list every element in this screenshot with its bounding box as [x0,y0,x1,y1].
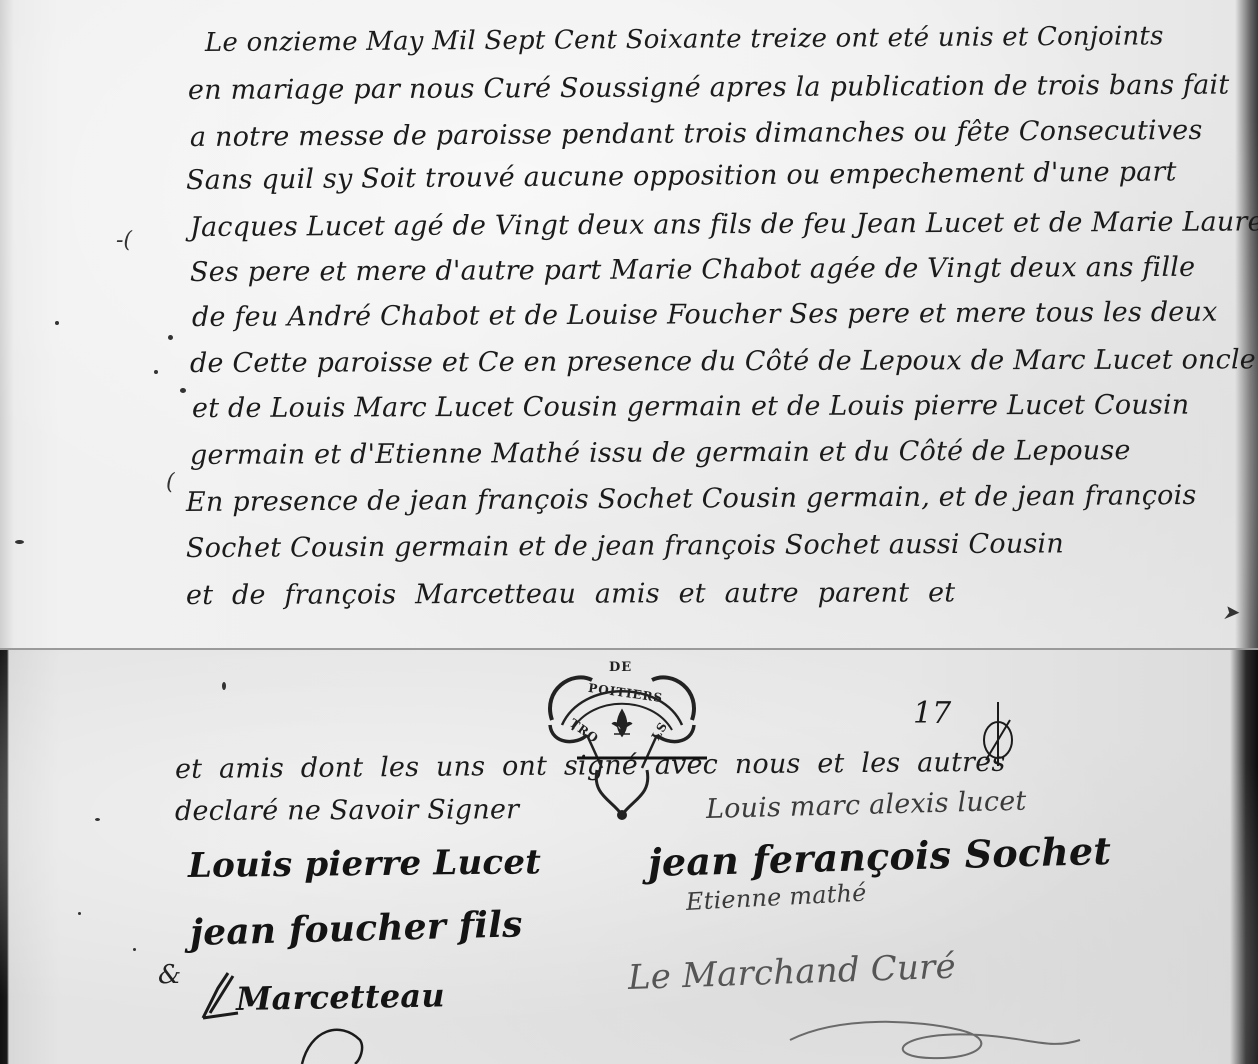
signature-louis-pierre-lucet: Louis pierre Lucet [188,842,541,886]
ink-speck [55,321,59,325]
loop-mark [300,1020,380,1064]
text-line-8: de Cette paroisse et Ce en presence du C… [190,344,1256,379]
folio-paraph [978,700,1018,770]
text-line-2: en mariage par nous Curé Soussigné apres… [188,70,1230,106]
text-line-10: germain et d'Etienne Mathé issu de germa… [190,435,1131,471]
register-page-bottom: et amis dont les uns ont signé avec nous… [0,650,1258,1064]
signature-marcetteau: Marcetteau [236,976,445,1018]
paraph-mark [198,968,248,1028]
ink-speck [95,818,100,821]
document-viewer: Le onzieme May Mil Sept Cent Soixante tr… [0,0,1258,1064]
text-line-5: Jacques Lucet agé de Vingt deux ans fils… [190,206,1258,243]
ink-speck [168,335,173,340]
signature-jean-francois-sochet: jean ferançois Sochet [647,828,1111,885]
arrow-mark: ➤ [1222,600,1239,624]
text-line-11: En presence de jean françois Sochet Cous… [186,480,1197,518]
margin-mark-paren: ( [166,470,175,495]
text-line-4: Sans quil sy Soit trouvé aucune oppositi… [186,156,1177,196]
text-line-9: et de Louis Marc Lucet Cousin germain et… [192,390,1189,424]
text-line-13: et de françois Marcetteau amis et autre … [186,577,955,611]
signature-louis-marc-alexis-lucet: Louis marc alexis lucet [706,786,1027,825]
folio-number: 17 [913,696,951,731]
text-line-3: a notre messe de paroisse pendant trois … [190,115,1203,153]
ink-speck [222,682,226,690]
ink-speck [154,370,158,374]
margin-mark-ampersand: & [158,960,181,990]
text-line-6: Ses pere et mere d'autre part Marie Chab… [190,252,1195,288]
stamp-frame-icon [532,650,712,830]
register-page-top: Le onzieme May Mil Sept Cent Soixante tr… [0,0,1258,650]
text-line-1: Le onzieme May Mil Sept Cent Soixante tr… [205,21,1164,58]
signature-jean-foucher-fils: jean foucher fils [189,903,523,954]
signature-le-marchand-cure: Le Marchand Curé [627,947,956,998]
ink-speck [15,540,24,544]
margin-mark-dash: -( [116,228,132,253]
ink-speck [133,948,136,951]
text-line-15: declaré ne Savoir Signer [175,794,519,827]
ink-speck [180,388,186,393]
ink-speck [78,912,81,915]
signature-flourish [780,1010,1100,1064]
text-line-7: de feu André Chabot et de Louise Foucher… [192,297,1218,333]
signature-etienne-mathe: Etienne mathé [685,879,867,916]
text-line-12: Sochet Cousin germain et de jean françoi… [186,528,1064,564]
generality-stamp: DE POITIERS TRO LS [532,650,712,830]
stamp-text-top: DE [609,660,632,675]
